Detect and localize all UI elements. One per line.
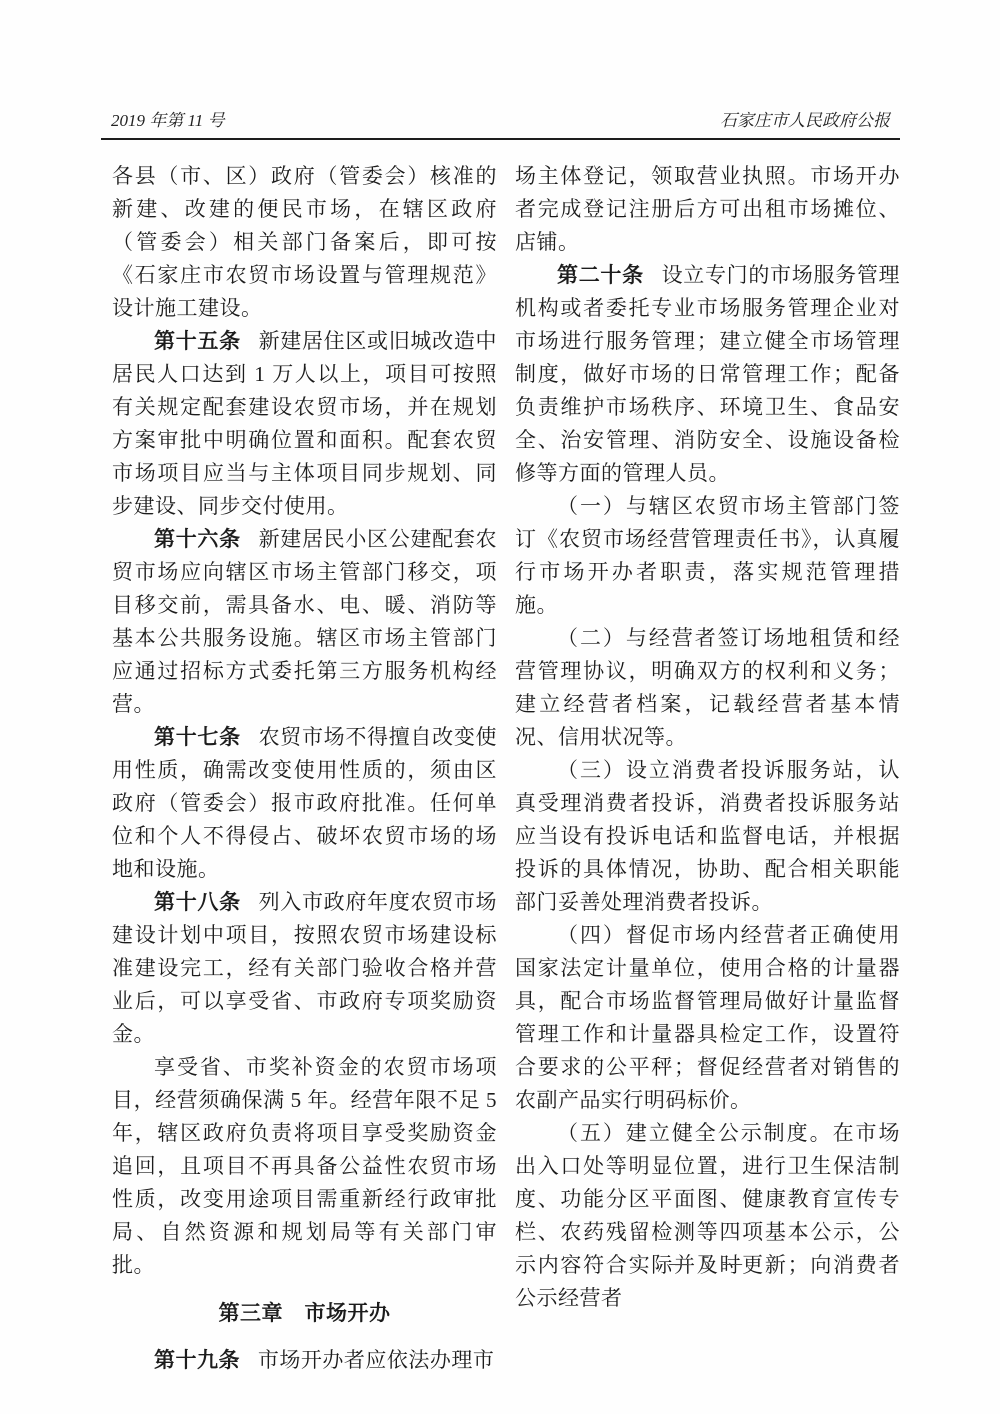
paragraph: 第十七条农贸市场不得擅自改变使用性质，确需改变使用性质的，须由区政府（管委会）报… [112,721,497,886]
paragraph-text: 新建居民小区公建配套农贸市场应向辖区市场主管部门移交，项目移交前，需具备水、电、… [112,527,497,716]
article-number-label: 第十六条 [154,527,241,551]
paragraph: 第十六条新建居民小区公建配套农贸市场应向辖区市场主管部门移交，项目移交前，需具备… [112,523,497,721]
right-column: 场主体登记，领取营业执照。市场开办者完成登记注册后方可出租市场摊位、店铺。 第二… [515,160,900,1377]
paragraph: （一）与辖区农贸市场主管部门签订《农贸市场经营管理责任书》，认真履行市场开办者职… [515,490,900,622]
header-rule [101,138,900,140]
chapter-heading: 第三章 市场开办 [112,1297,497,1330]
paragraph-text: 各县（市、区）政府（管委会）核准的新建、改建的便民市场，在辖区政府（管委会）相关… [112,164,497,320]
paragraph-text: 享受省、市奖补资金的农贸市场项目，经营须确保满 5 年。经营年限不足 5 年，辖… [112,1055,497,1277]
article-number-label: 第十八条 [154,890,241,914]
article-number-label: 第二十条 [557,263,644,287]
paragraph-text: 新建居住区或旧城改造中居民人口达到 1 万人以上，项目可按照有关规定配套建设农贸… [112,329,497,518]
paragraph: （五）建立健全公示制度。在市场出入口处等明显位置，进行卫生保洁制度、功能分区平面… [515,1117,900,1315]
paragraph: 场主体登记，领取营业执照。市场开办者完成登记注册后方可出租市场摊位、店铺。 [515,160,900,259]
publication-title: 石家庄市人民政府公报 [720,106,890,131]
paragraph-text: 场主体登记，领取营业执照。市场开办者完成登记注册后方可出租市场摊位、店铺。 [515,164,900,254]
paragraph: 各县（市、区）政府（管委会）核准的新建、改建的便民市场，在辖区政府（管委会）相关… [112,160,497,325]
article-number-label: 第十七条 [154,725,241,749]
paragraph: （二）与经营者签订场地租赁和经营管理协议，明确双方的权利和义务；建立经营者档案，… [515,622,900,754]
paragraph-text: 设立专门的市场服务管理机构或者委托专业市场服务管理企业对市场进行服务管理；建立健… [515,263,900,485]
paragraph: 第十九条市场开办者应依法办理市 [112,1344,497,1377]
text-columns: 各县（市、区）政府（管委会）核准的新建、改建的便民市场，在辖区政府（管委会）相关… [112,160,900,1377]
paragraph-text: 市场开办者应依法办理市 [258,1348,495,1372]
paragraph: （四）督促市场内经营者正确使用国家法定计量单位，使用合格的计量器具，配合市场监督… [515,919,900,1117]
paragraph: 享受省、市奖补资金的农贸市场项目，经营须确保满 5 年。经营年限不足 5 年，辖… [112,1051,497,1282]
gazette-page: 2019 年第 11 号 石家庄市人民政府公报 各县（市、区）政府（管委会）核准… [0,0,1000,1414]
issue-number: 2019 年第 11 号 [111,106,225,131]
paragraph: 第十五条新建居住区或旧城改造中居民人口达到 1 万人以上，项目可按照有关规定配套… [112,325,497,523]
paragraph-text: （五）建立健全公示制度。在市场出入口处等明显位置，进行卫生保洁制度、功能分区平面… [515,1121,900,1310]
article-number-label: 第十九条 [154,1348,240,1372]
page-number: — 5 — [515,1253,900,1275]
paragraph: （三）设立消费者投诉服务站，认真受理消费者投诉，消费者投诉服务站应当设有投诉电话… [515,754,900,919]
paragraph-text: （三）设立消费者投诉服务站，认真受理消费者投诉，消费者投诉服务站应当设有投诉电话… [515,758,900,914]
paragraph-text: （一）与辖区农贸市场主管部门签订《农贸市场经营管理责任书》，认真履行市场开办者职… [515,494,900,617]
paragraph-text: （四）督促市场内经营者正确使用国家法定计量单位，使用合格的计量器具，配合市场监督… [515,923,900,1112]
paragraph: 第十八条列入市政府年度农贸市场建设计划中项目，按照农贸市场建设标准建设完工，经有… [112,886,497,1051]
page-header: 2019 年第 11 号 石家庄市人民政府公报 [101,106,900,140]
paragraph: 第二十条设立专门的市场服务管理机构或者委托专业市场服务管理企业对市场进行服务管理… [515,259,900,490]
article-number-label: 第十五条 [154,329,241,353]
left-column: 各县（市、区）政府（管委会）核准的新建、改建的便民市场，在辖区政府（管委会）相关… [112,160,497,1377]
paragraph-text: （二）与经营者签订场地租赁和经营管理协议，明确双方的权利和义务；建立经营者档案，… [515,626,900,749]
